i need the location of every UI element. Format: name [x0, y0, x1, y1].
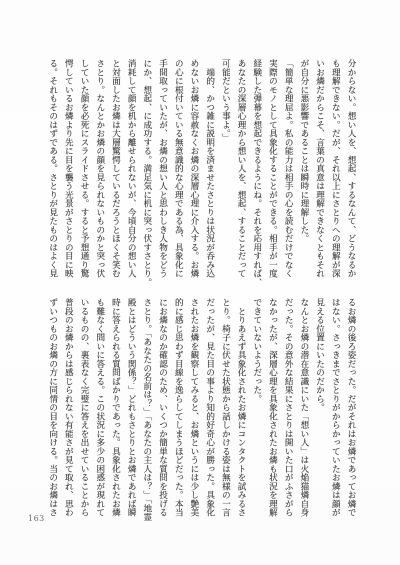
- text-column: 消耗して顔を机から離せられないが、今頃自分の想い人: [122, 59, 138, 281]
- page-number: 163: [28, 514, 45, 523]
- text-column: にお燐なのか確認のため、いくつか簡単な質問を投げる: [154, 298, 170, 514]
- text-column: 分からない。想い人を、想起、するなんて、どうなるか: [342, 59, 358, 281]
- text-column: 可能だという事よ。」: [217, 59, 233, 281]
- text-column: なかったが、深層心理を具象化されたお燐も状況を理解: [264, 298, 280, 514]
- text-column: 端的、かつ雑に説明を済ませたさとりは状況が呑み込: [201, 59, 217, 281]
- text-column: あなたの深層心理から想い人を、想起、することだって: [232, 59, 248, 281]
- text-column: されたお燐を観察してみると、お燐というには少し艶美: [185, 298, 201, 514]
- text-column: さとり。「あなたの名前は？」「あなたの主人は？」「地霊: [138, 298, 154, 514]
- text-column: なんとお燐の潜在意識にいた「想い人」は火焔猫燐自身: [295, 298, 311, 514]
- text-column: も難なく問いに答える。この状況に多少の困惑が現れて: [91, 298, 107, 514]
- text-column: にか、想起、に成功する。満足気に机に突っ伏すさとり。: [138, 59, 154, 281]
- text-column: 普段のお燐からは感じられない有能さが見て取れ、思わ: [60, 298, 76, 514]
- text-column: とり。椅子に伏せた状態から話しかける姿は無様の一言: [217, 298, 233, 514]
- text-column: だったが、見た目の事より知的好奇心が勝った。具象化: [201, 298, 217, 514]
- text-column: 「簡単な理屈よ。私の能力は相手の心を読むだけでなく: [279, 59, 295, 281]
- text-column: 時に答えられる質問ばかりであった。具象化されたお燐: [107, 298, 123, 514]
- text-column: 経験した弾幕を想起できるようにね。それを応用すれば、: [248, 59, 264, 281]
- text-column: の心に根付いている無意識的な心理である為、具象化に: [170, 59, 186, 281]
- text-column: 手間取っていたが、お燐の想い人と思わしき人物をどう: [154, 59, 170, 281]
- text-column: いお燐だからこそ、言葉の真意は理解できなくともそれ: [311, 59, 327, 281]
- text-column: めないお燐に容赦なくお燐の深層心理に介入する。お燐: [185, 59, 201, 281]
- text-column: はない。さっきまでさとりがからかっていたお燐は顔が: [327, 298, 343, 514]
- text-column: いるものの、裏表なく完璧に答えを出せていることから: [75, 298, 91, 514]
- text-column: ずいつものお燐の方に同情の目を向ける。当のお燐はさ: [44, 298, 60, 514]
- text-column: だった。その意外な結果にさとりは開いた口がふさがら: [279, 298, 295, 514]
- text-column: る。それもそのはずである。さとりが見たものはよく見: [44, 59, 60, 281]
- text-column: さとり。なんとかお燐の顔を見られないものかと突っ伏: [91, 59, 107, 281]
- text-column: していた顔を必死にスライドさせる。すると予想通り驚: [75, 59, 91, 281]
- text-column: 見える位置にいたのだから。: [311, 298, 327, 514]
- text-block-bottom: るお燐の後ろ姿だった。だがそれはお燐であってお燐ではない。さっきまでさとりがから…: [42, 298, 358, 514]
- text-column: 殿とはどういう関係？」どれもさとりとお燐であれば瞬: [122, 298, 138, 514]
- text-column: るお燐の後ろ姿だった。だがそれはお燐であってお燐で: [342, 298, 358, 514]
- text-column: 的に感じ思わず目線を逸らしてしまうほどだった。本当: [170, 298, 186, 514]
- text-column: とりあえず具象化されたお燐にコンタクトを試みるさ: [232, 298, 248, 514]
- text-column: と対面したお燐は大層驚愕しているだろうとほくそ笑む: [107, 59, 123, 281]
- text-column: が自分に悪影響であることは瞬時に理解した。: [295, 59, 311, 281]
- text-column: 愕しているお燐より先に目を襲う光景がさとりの目に映: [60, 59, 76, 281]
- text-column: できていないようだった。: [248, 298, 264, 514]
- text-column: も理解できない。だが、それ以上にさとりへの理解が深: [327, 59, 343, 281]
- text-column: 実際のモノとして具象化することができる。相手が一度: [264, 59, 280, 281]
- text-block-top: 分からない。想い人を、想起、するなんて、どうなるかも理解できない。だが、それ以上…: [42, 59, 358, 281]
- book-page: 分からない。想い人を、想起、するなんて、どうなるかも理解できない。だが、それ以上…: [0, 0, 400, 565]
